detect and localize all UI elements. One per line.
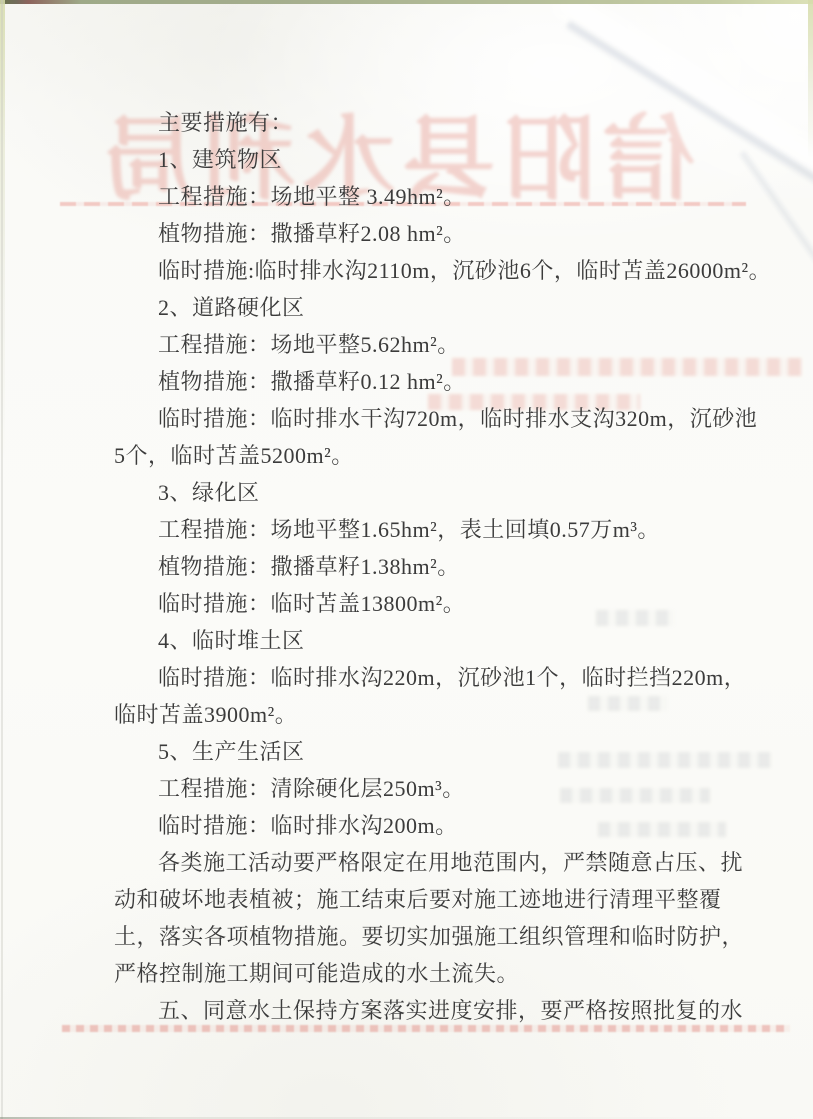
text-line: 植物措施：撒播草籽1.38hm²。 (114, 548, 762, 585)
text-line: 临时苫盖3900m²。 (114, 696, 762, 733)
text-line: 动和破坏地表植被；施工结束后要对施工迹地进行清理平整覆 (114, 881, 762, 918)
text-line: 土，落实各项植物措施。要切实加强施工组织管理和临时防护， (114, 918, 762, 955)
text-line: 工程措施：场地平整5.62hm²。 (114, 326, 762, 363)
text-line: 工程措施：清除硬化层250m³。 (114, 770, 762, 807)
text-line: 严格控制施工期间可能造成的水土流失。 (114, 955, 762, 992)
text-line: 临时措施:临时排水沟2110m，沉砂池6个，临时苫盖26000m²。 (114, 252, 762, 289)
text-line: 临时措施：临时排水沟220m，沉砂池1个，临时拦挡220m， (114, 659, 762, 696)
text-line: 临时措施：临时排水沟200m。 (114, 807, 762, 844)
text-line: 植物措施：撒播草籽0.12 hm²。 (114, 363, 762, 400)
text-line: 工程措施：场地平整1.65hm²，表土回填0.57万m³。 (114, 511, 762, 548)
text-line: 临时措施：临时苫盖13800m²。 (114, 585, 762, 622)
scan-edge-top (0, 0, 813, 4)
text-line: 2、道路硬化区 (114, 289, 762, 326)
text-line: 4、临时堆土区 (114, 622, 762, 659)
text-line: 植物措施：撒播草籽2.08 hm²。 (114, 215, 762, 252)
text-line: 五、同意水土保持方案落实进度安排，要严格按照批复的水 (114, 992, 762, 1029)
scan-edge-right (808, 0, 813, 160)
text-line: 5、生产生活区 (114, 733, 762, 770)
text-line: 各类施工活动要严格限定在用地范围内，严禁随意占压、扰 (114, 844, 762, 881)
text-line: 5个，临时苫盖5200m²。 (114, 437, 762, 474)
text-line: 3、绿化区 (114, 474, 762, 511)
scan-edge-left-line (1, 0, 3, 1119)
text-line: 临时措施：临时排水干沟720m，临时排水支沟320m，沉砂池 (114, 400, 762, 437)
scanned-document-page: 信阳县水利局 主要措施有：1、建筑物区工程措施：场地平整 3.49hm²。植物措… (0, 0, 813, 1119)
document-body: 主要措施有：1、建筑物区工程措施：场地平整 3.49hm²。植物措施：撒播草籽2… (114, 104, 762, 1029)
